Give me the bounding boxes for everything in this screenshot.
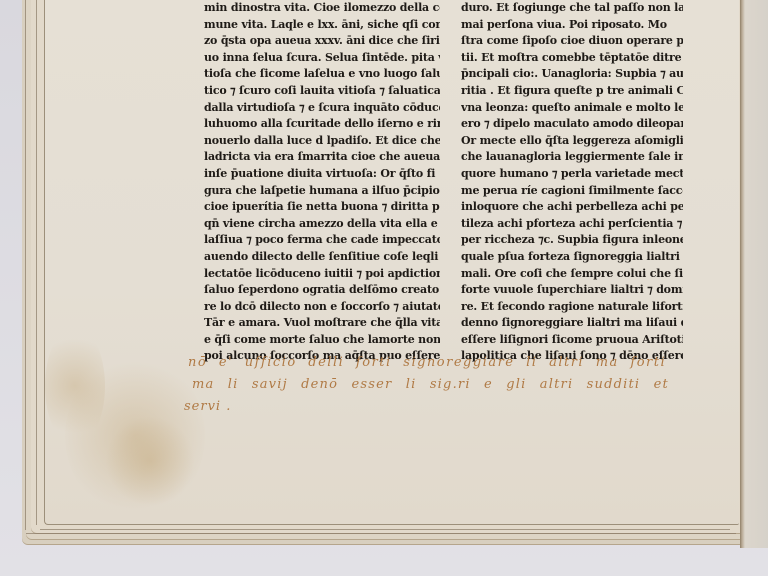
text-line: me perua ríe cagioni ſimilmente ſaccende [461, 183, 683, 200]
water-stain [105, 416, 195, 506]
text-line: tioſa che ſicome laſelua e vno luogo ſal… [204, 66, 440, 83]
page-edge-line [40, 529, 730, 530]
text-line: eſſere liſignori ſicome pruoua Ariſtotil… [461, 332, 683, 349]
text-line: Tār e amara. Vuol moſtrare che q̄lla vit… [204, 315, 440, 332]
page-edge-line [26, 533, 736, 534]
text-line: p̄ncipali cio:. Uanagloria: Supbia ⁊ aua [461, 66, 683, 83]
text-line: ſaluo ſeperdono ogratia delſōmo creato [204, 282, 440, 299]
text-line: mali. Ore coſi che ſempre colui che ſiſe… [461, 266, 683, 283]
text-line: lectatōe licōduceno iuitii ⁊ poi apdicti… [204, 266, 440, 283]
text-line: forte vuuole ſuperchiare lialtri ⁊ domin… [461, 282, 683, 299]
text-line: quale pſua forteza ſignoreggia lialtri a… [461, 249, 683, 266]
text-line: inſe p̄uatione diuita virtuoſa: Or q̄ſto… [204, 166, 440, 183]
page-edge-line [36, 0, 37, 525]
text-line: Or mecte ello q̄ſta leggereza aſomigliāz… [461, 133, 683, 150]
text-line: cioe ipuerítia ſie netta buona ⁊ diritta… [204, 199, 440, 216]
left-text-column: min dinostra vita. Cioe ilomezzo della c… [204, 0, 440, 365]
text-line: per riccheza ⁊c. Supbia figura inleone l… [461, 232, 683, 249]
text-line: che lauanagloria leggiermente ſale inlo [461, 149, 683, 166]
text-line: mune vita. Laqle e lxx. āni, siche qſi c… [204, 17, 440, 34]
text-line: gura che laſpetie humana a ilſuo p̄cipio [204, 183, 440, 200]
text-line: laſſiua ⁊ poco ferma che cade impeccato [204, 232, 440, 249]
facing-page-edge [740, 0, 768, 548]
text-line: re. Et ſecondo ragione naturale liforti … [461, 299, 683, 316]
text-line: nouerlo dalla luce d lpadiſo. Et dice ch… [204, 133, 440, 150]
text-line: tileza achi pforteza achi perſcientia ⁊ … [461, 216, 683, 233]
annotation-line: nō e' ufficio delli forti signoreggiare … [180, 352, 750, 374]
annotation-line: ma li savij denō esser li sig.ri e gli a… [180, 374, 750, 396]
text-line: quore humano ⁊ perla varietade mecte co [461, 166, 683, 183]
water-stain [45, 326, 105, 446]
text-line: uo inna ſelua ſcura. Selua ſintēde. pita… [204, 50, 440, 67]
text-line: ſtra come ſipoſo cioe diuon operare piu … [461, 33, 683, 50]
text-line: luhuomo alla ſcuritade dello iſerno e ri… [204, 116, 440, 133]
page-edge-line [25, 0, 26, 530]
text-line: e q̄ſi come morte ſaluo che lamorte nona [204, 332, 440, 349]
annotation-line: servi . [180, 396, 750, 418]
text-line: mai perſona viua. Poi riposato. Mo [461, 17, 683, 34]
text-line: tico ⁊ ſcuro coſi lauita vitioſa ⁊ ſalua… [204, 83, 440, 100]
text-line: vna leonza: queſto animale e molto leggi [461, 100, 683, 117]
text-line: auendo dilecto delle ſenſitiue coſe leql… [204, 249, 440, 266]
text-line: ritia . Et figura queſte p tre animali C… [461, 83, 683, 100]
text-line: re lo dcō dilecto non e ſoccorſo ⁊ aiuta… [204, 299, 440, 316]
text-line: min dinostra vita. Cioe ilomezzo della c… [204, 0, 440, 17]
text-line: denno ſignoreggiare lialtri ma liſaui dē… [461, 315, 683, 332]
text-line: duro. Et ſogiunge che tal paſſo non laſc… [461, 0, 683, 17]
text-line: qn̄ viene circha amezzo della vita ella … [204, 216, 440, 233]
right-text-column: duro. Et ſogiunge che tal paſſo non laſc… [461, 0, 683, 365]
handwritten-annotation: nō e' ufficio delli forti signoreggiare … [180, 352, 750, 418]
text-line: ero ⁊ dipelo maculato amodo dileopardo [461, 116, 683, 133]
text-line: dalla virtudioſa ⁊ e ſcura inquāto cōduc… [204, 100, 440, 117]
text-line: ladricta via era ſmarrita cioe che aueua [204, 149, 440, 166]
text-line: tii. Et moſtra comebbe tēptatōe ditre vi… [461, 50, 683, 67]
text-line: zo q̄sta opa aueua xxxv. āni dice che ſi… [204, 33, 440, 50]
text-line: inloquore che achi perbelleza achi per g… [461, 199, 683, 216]
